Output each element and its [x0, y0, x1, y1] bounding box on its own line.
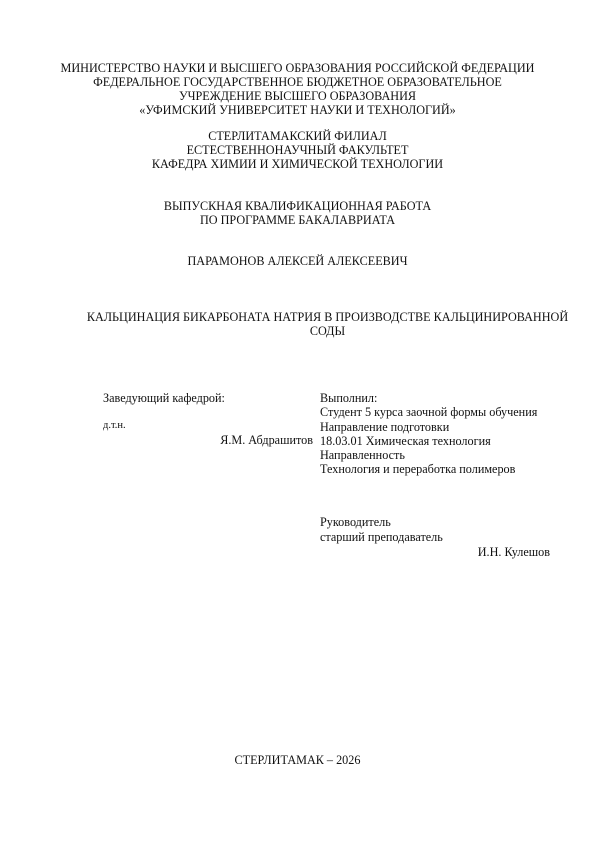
performed-by-label: Выполнил:: [320, 391, 560, 405]
branch-line: СТЕРЛИТАМАКСКИЙ ФИЛИАЛ: [0, 129, 595, 143]
profile-value: Технология и переработка полимеров: [320, 462, 560, 476]
department-head-block: Заведующий кафедрой: д.т.н. Я.М. Абдраши…: [103, 391, 313, 447]
author-name: ПАРАМОНОВ АЛЕКСЕЙ АЛЕКСЕЕВИЧ: [0, 254, 595, 268]
work-type: ВЫПУСКНАЯ КВАЛИФИКАЦИОННАЯ РАБОТА ПО ПРО…: [0, 199, 595, 227]
city-year-footer: СТЕРЛИТАМАК – 2026: [0, 753, 595, 767]
header-line: ФЕДЕРАЛЬНОЕ ГОСУДАРСТВЕННОЕ БЮДЖЕТНОЕ ОБ…: [0, 75, 595, 89]
department-head-degree: д.т.н.: [103, 419, 313, 433]
title-line: СОДЫ: [60, 324, 595, 338]
supervisor-block: Руководитель старший преподаватель И.Н. …: [320, 515, 550, 560]
profile-label: Направленность: [320, 448, 560, 462]
student-info: Студент 5 курса заочной формы обучения: [320, 405, 560, 419]
supervisor-name: И.Н. Кулешов: [320, 545, 550, 560]
department-line: КАФЕДРА ХИМИИ И ХИМИЧЕСКОЙ ТЕХНОЛОГИИ: [0, 157, 595, 171]
performed-by-block: Выполнил: Студент 5 курса заочной формы …: [320, 391, 560, 477]
direction-value: 18.03.01 Химическая технология: [320, 434, 560, 448]
header-line: УЧРЕЖДЕНИЕ ВЫСШЕГО ОБРАЗОВАНИЯ: [0, 89, 595, 103]
supervisor-position: старший преподаватель: [320, 530, 550, 545]
work-type-line: ПО ПРОГРАММЕ БАКАЛАВРИАТА: [0, 213, 595, 227]
ministry-header: МИНИСТЕРСТВО НАУКИ И ВЫСШЕГО ОБРАЗОВАНИЯ…: [0, 61, 595, 117]
header-line: «УФИМСКИЙ УНИВЕРСИТЕТ НАУКИ И ТЕХНОЛОГИЙ…: [0, 103, 595, 117]
department-head-name: Я.М. Абдрашитов: [103, 433, 313, 447]
branch-block: СТЕРЛИТАМАКСКИЙ ФИЛИАЛ ЕСТЕСТВЕННОНАУЧНЫ…: [0, 129, 595, 171]
direction-label: Направление подготовки: [320, 420, 560, 434]
faculty-line: ЕСТЕСТВЕННОНАУЧНЫЙ ФАКУЛЬТЕТ: [0, 143, 595, 157]
title-line: КАЛЬЦИНАЦИЯ БИКАРБОНАТА НАТРИЯ В ПРОИЗВО…: [60, 310, 595, 324]
thesis-title: КАЛЬЦИНАЦИЯ БИКАРБОНАТА НАТРИЯ В ПРОИЗВО…: [60, 310, 595, 338]
department-head-label: Заведующий кафедрой:: [103, 391, 313, 405]
header-line: МИНИСТЕРСТВО НАУКИ И ВЫСШЕГО ОБРАЗОВАНИЯ…: [0, 61, 595, 75]
work-type-line: ВЫПУСКНАЯ КВАЛИФИКАЦИОННАЯ РАБОТА: [0, 199, 595, 213]
supervisor-label: Руководитель: [320, 515, 550, 530]
